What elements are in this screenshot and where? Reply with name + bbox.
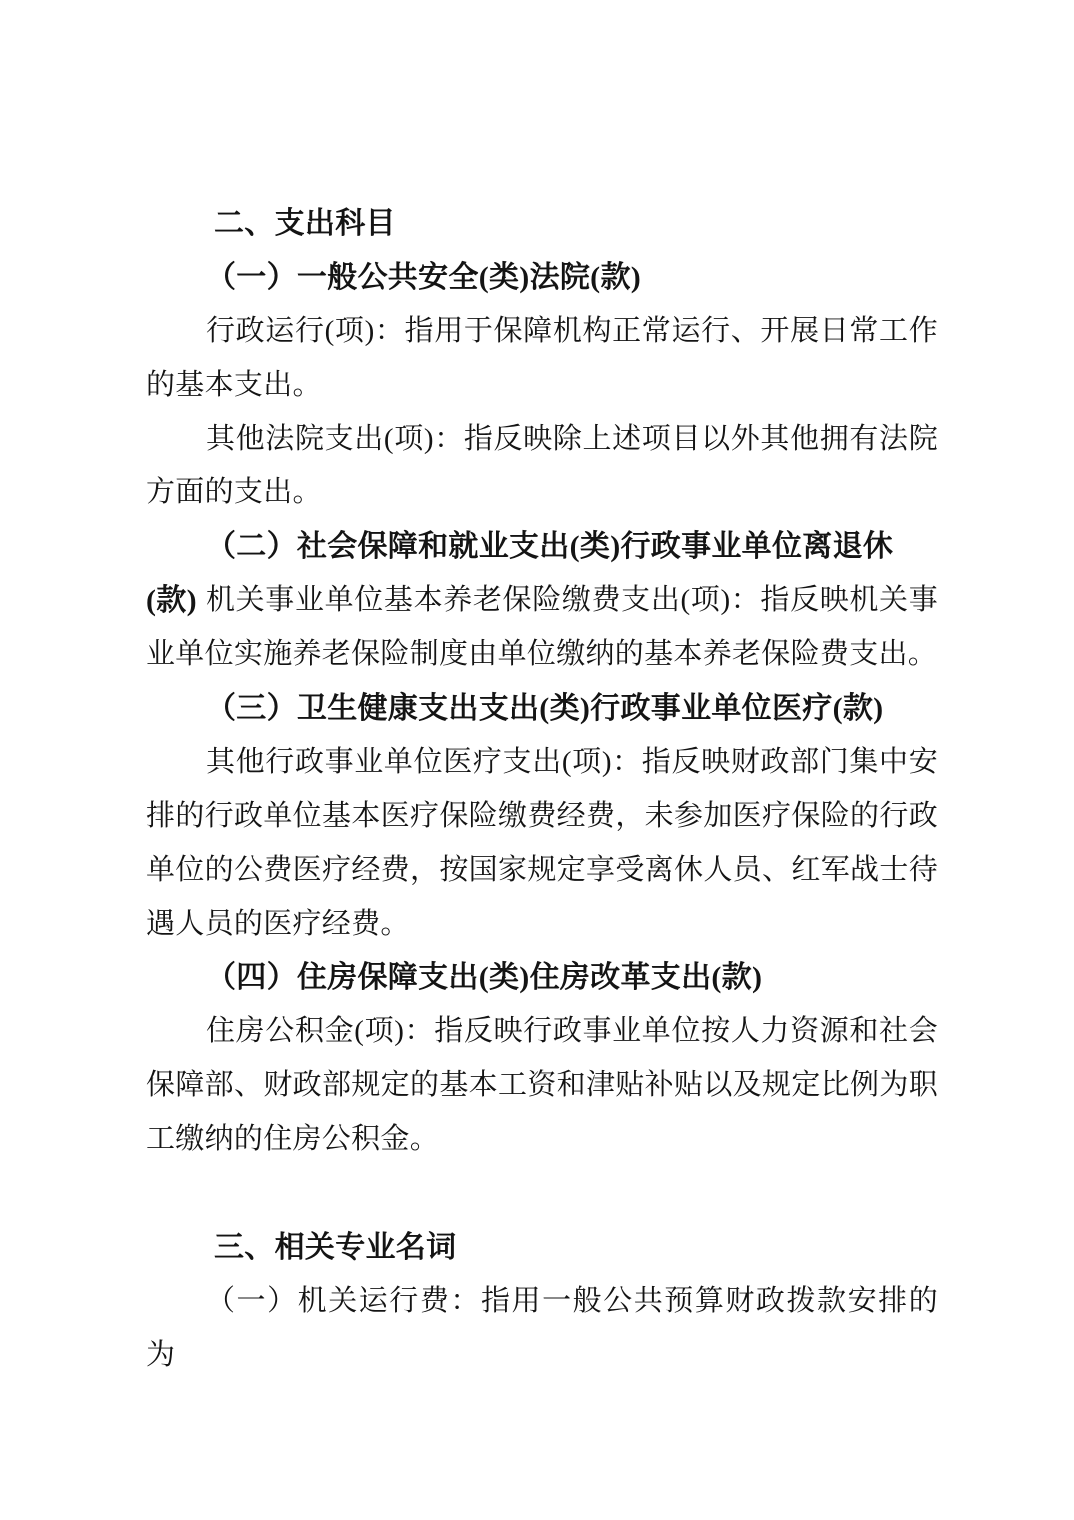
subsection-heading-2: （二）社会保障和就业支出(类)行政事业单位离退休(款) [146, 520, 938, 574]
section-2-title: 二、支出科目 [146, 197, 938, 251]
paragraph-line: 保障部、财政部规定的基本工资和津贴补贴以及规定比例为职 [146, 1059, 938, 1113]
paragraph-line: （一）机关运行费：指用一般公共预算财政拨款安排的为 [146, 1275, 938, 1329]
subsection-heading-4: （四）住房保障支出(类)住房改革支出(款) [146, 951, 938, 1005]
paragraph-line: 的基本支出。 [146, 359, 938, 413]
paragraph-line: 遇人员的医疗经费。 [146, 898, 938, 952]
paragraph-line: 业单位实施养老保险制度由单位缴纳的基本养老保险费支出。 [146, 628, 938, 682]
paragraph-line: 单位的公费医疗经费，按国家规定享受离休人员、红军战士待 [146, 844, 938, 898]
section-3-title: 三、相关专业名词 [146, 1221, 938, 1275]
paragraph-line: 其他行政事业单位医疗支出(项)：指反映财政部门集中安 [146, 736, 938, 790]
paragraph-line: 工缴纳的住房公积金。 [146, 1113, 938, 1167]
paragraph-line: 排的行政单位基本医疗保险缴费经费，未参加医疗保险的行政 [146, 790, 938, 844]
paragraph-line: 行政运行(项)：指用于保障机构正常运行、开展日常工作 [146, 305, 938, 359]
subsection-heading-3: （三）卫生健康支出支出(类)行政事业单位医疗(款) [146, 682, 938, 736]
paragraph-line: 其他法院支出(项)：指反映除上述项目以外其他拥有法院 [146, 413, 938, 467]
document-page: 二、支出科目 （一）一般公共安全(类)法院(款) 行政运行(项)：指用于保障机构… [0, 0, 1074, 1520]
paragraph-line: 方面的支出。 [146, 466, 938, 520]
document-body: 二、支出科目 （一）一般公共安全(类)法院(款) 行政运行(项)：指用于保障机构… [146, 197, 938, 1329]
subsection-heading-1: （一）一般公共安全(类)法院(款) [146, 251, 938, 305]
paragraph-line: 住房公积金(项)：指反映行政事业单位按人力资源和社会 [146, 1005, 938, 1059]
paragraph-line: 机关事业单位基本养老保险缴费支出(项)：指反映机关事 [146, 574, 938, 628]
blank-line [146, 1167, 938, 1221]
